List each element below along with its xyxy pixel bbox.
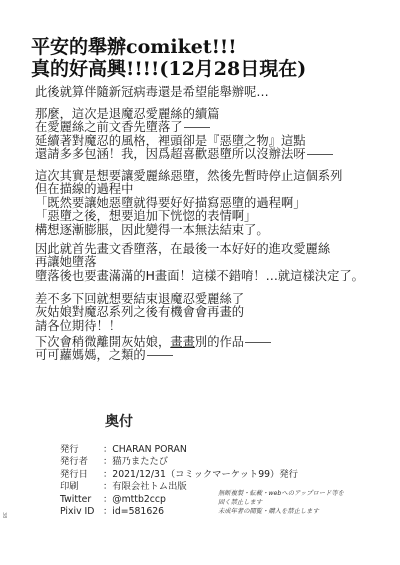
notice-line: 固く禁止します — [218, 498, 344, 507]
paragraph-future: 下次會稍微離開灰姑娘，畫畫別的作品 可可蘿媽媽，之類的 — [35, 336, 271, 363]
text-segment: 別的作品 — [195, 335, 244, 349]
paragraph-sequel: 那麼，這次是退魔忍愛麗絲的續篇 在愛麗絲之前文香先墮落了 延續著對魔忍的風格，裡… — [35, 108, 333, 162]
text-line: 「惡墮之後，想要追加下恍惚的表情啊」 — [35, 210, 342, 223]
colophon-value: ：有限会社トム出版 — [103, 481, 187, 493]
colophon-key: Pixiv ID — [60, 506, 103, 518]
colophon-value: ：猫乃またたび — [103, 456, 168, 468]
dash-divider — [307, 154, 333, 155]
colophon-row-author: 発行者 ：猫乃またたび — [60, 456, 298, 468]
colophon-value: ：CHARAN PORAN — [103, 444, 187, 456]
underlined-text: 畫畫 — [170, 335, 195, 349]
headline: 平安的舉辦comiket!!! 真的好高興!!!!(12月28日現在) — [31, 36, 306, 80]
text-line: 但在描線的過程中 — [35, 183, 342, 196]
paragraph-plan: 這次其實是想要讓愛麗絲惡墮，然後先暫時停止這個系列 但在描線的過程中 「既然要讓… — [35, 170, 342, 237]
colophon-value: ：@mttb2ccp — [103, 494, 166, 506]
headline-line-2: 真的好高興!!!!(12月28日現在) — [31, 58, 306, 80]
paragraph-decision: 因此就首先畫文香墮落，在最後一本好好的進攻愛麗絲 再讓她墮落 墮落後也要畫滿滿的… — [35, 243, 364, 283]
text-line: 構想逐漸膨脹，因此變得一本無法結束了。 — [35, 224, 342, 237]
colophon-key: 発行 — [60, 444, 103, 456]
notice-line: 無断複製・転載・webへのアップロード等を — [218, 489, 344, 498]
paragraph-intro: 此後就算伴隨新冠病毒還是希望能舉辦呢… — [35, 86, 269, 99]
text-line: 請各位期待！！ — [35, 320, 244, 333]
colophon-title: 奥付 — [105, 411, 133, 431]
page-number: 38 — [1, 512, 6, 518]
headline-line-1: 平安的舉辦comiket!!! — [31, 36, 306, 58]
text-line: 在愛麗絲之前文香先墮落了 — [35, 120, 183, 134]
notice-line: 未成年者の閲覧・購入を禁止します — [218, 507, 344, 516]
colophon-row-date: 発行日 ：2021/12/31（コミックマーケット99）発行 — [60, 469, 298, 481]
colophon-row-publisher: 発行 ：CHARAN PORAN — [60, 444, 298, 456]
colophon-key: 印刷 — [60, 481, 103, 493]
colophon-key: Twitter — [60, 494, 103, 506]
text-line: 此後就算伴隨新冠病毒還是希望能舉辦呢… — [35, 86, 269, 99]
text-line: 墮落後也要畫滿滿的H畫面！這樣不錯唷！…就這樣決定了。 — [35, 270, 364, 283]
dash-divider — [245, 342, 271, 343]
paragraph-next: 差不多下回就想要結束退魔忍愛麗絲了 灰姑娘對魔忍系列之後有機會會再畫的 請各位期… — [35, 293, 244, 333]
dash-divider — [184, 127, 210, 128]
colophon-value: ：2021/12/31（コミックマーケット99）発行 — [103, 469, 298, 481]
text-line: 再讓她墮落 — [35, 256, 364, 269]
text-line: 灰姑娘對魔忍系列之後有機會會再畫的 — [35, 306, 244, 319]
text-segment: 下次會稍微離開灰姑娘， — [35, 335, 170, 349]
copyright-notice: 無断複製・転載・webへのアップロード等を 固く禁止します 未成年者の閲覧・購入… — [218, 489, 344, 516]
text-line: 還請多多包涵！我，因爲超喜歡惡墮所以沒辦法呀 — [35, 147, 306, 161]
dash-divider — [147, 355, 173, 356]
colophon-key: 発行日 — [60, 469, 103, 481]
colophon-key: 発行者 — [60, 456, 103, 468]
text-line: 可可蘿媽媽，之類的 — [35, 348, 146, 362]
colophon-value: ：id=581626 — [103, 506, 164, 518]
